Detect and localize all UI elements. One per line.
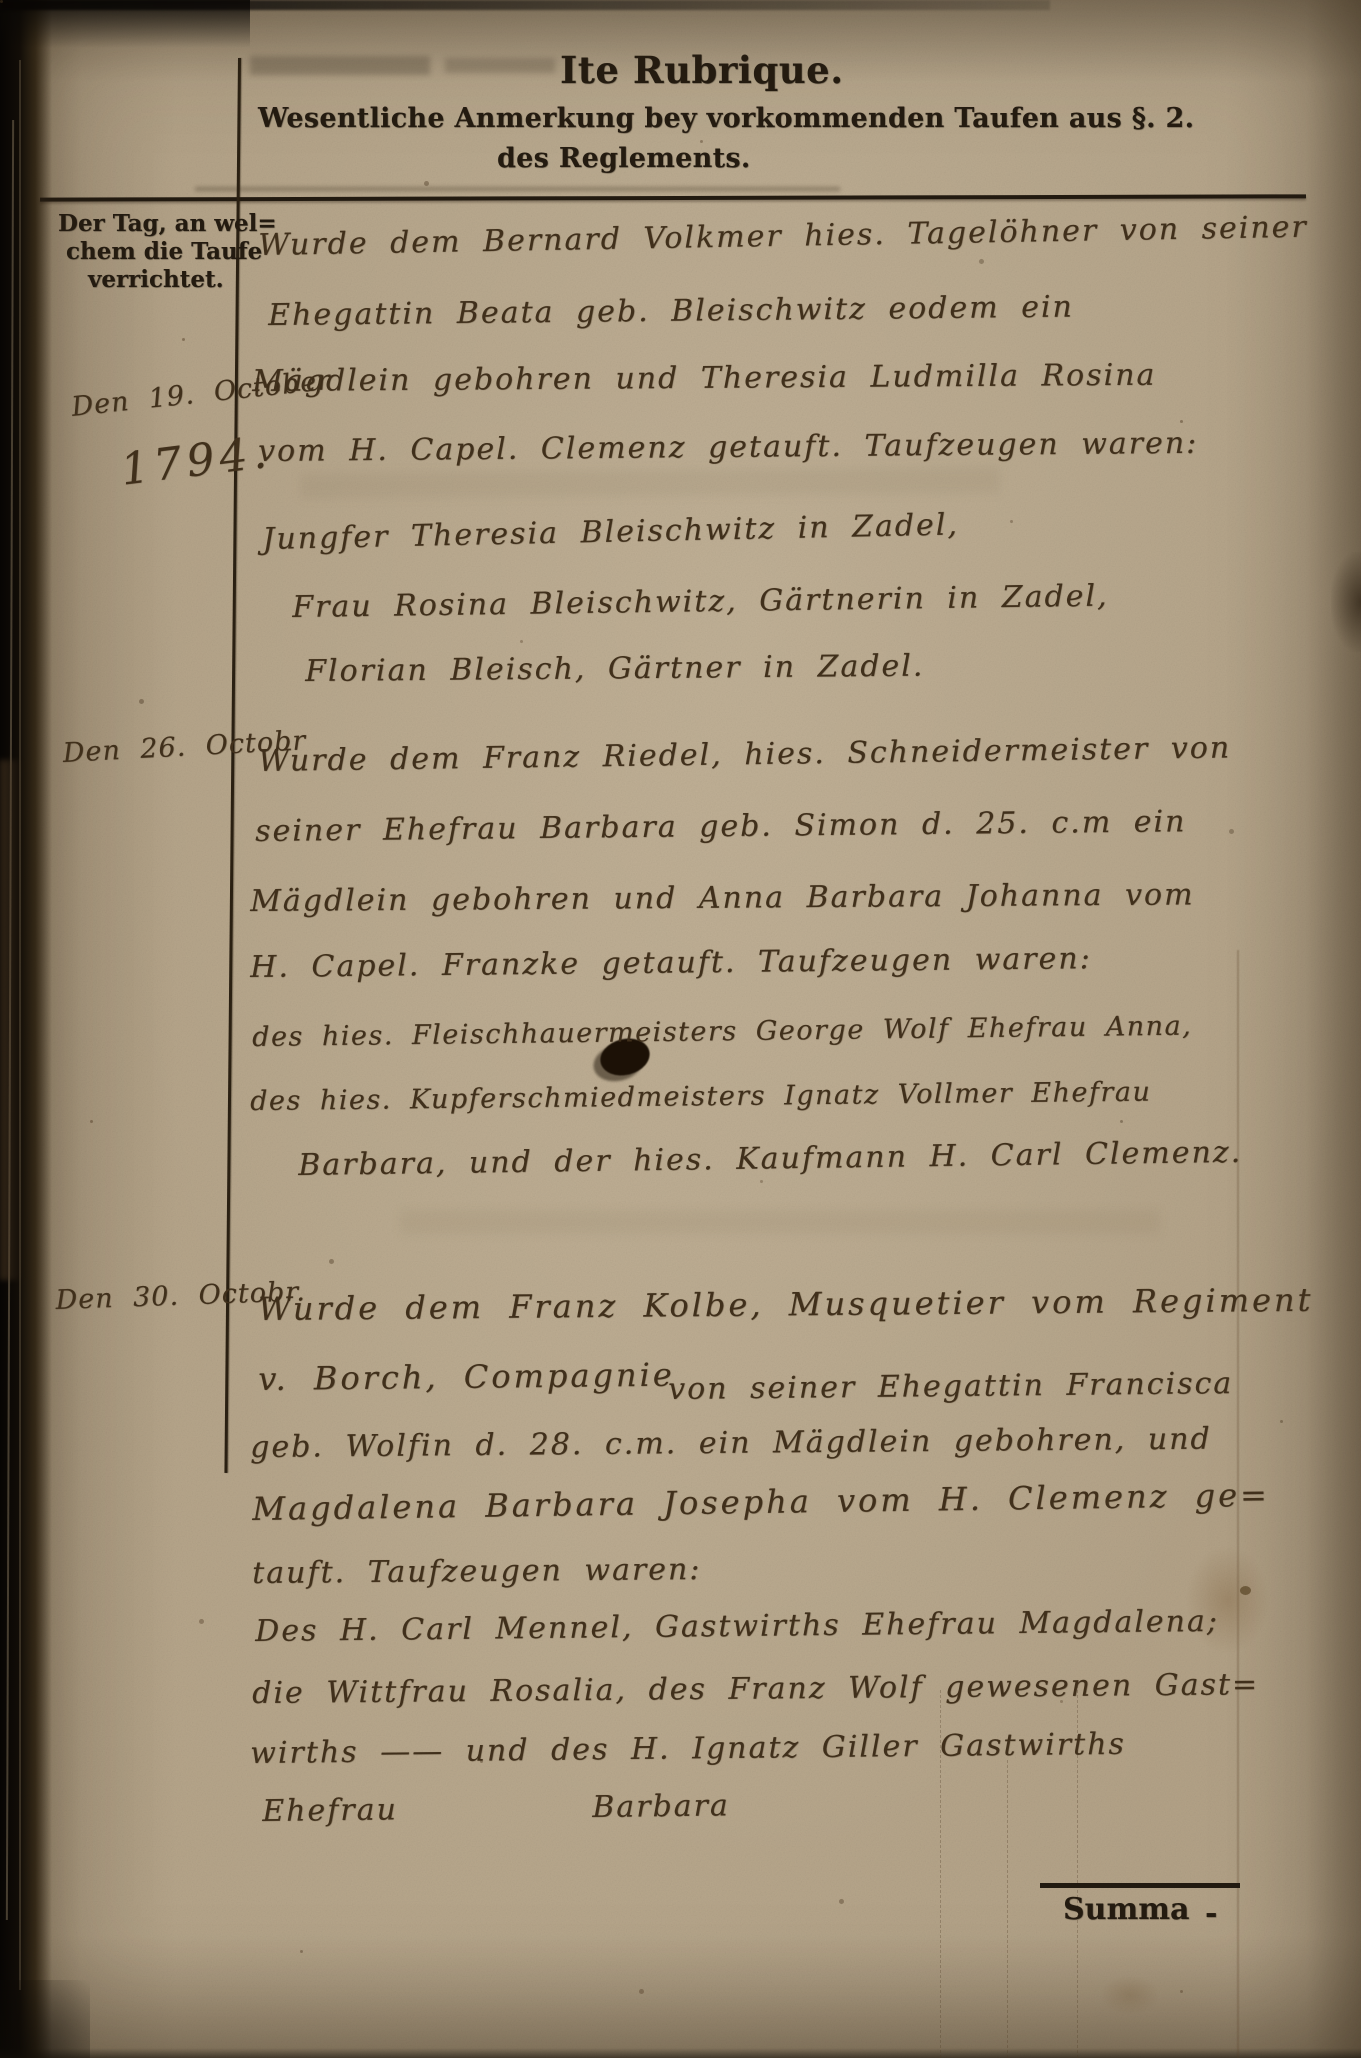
page-title: Ite Rubrique. bbox=[560, 48, 844, 92]
register-page: Ite Rubrique. Wesentliche Anmerkung bey … bbox=[0, 0, 1361, 2058]
ink-bleed-through bbox=[300, 467, 1000, 499]
entry-2-line: seiner Ehefrau Barbara geb. Simon d. 25.… bbox=[255, 804, 1187, 849]
entry-1-line: vom H. Capel. Clemenz getauft. Taufzeuge… bbox=[258, 426, 1198, 469]
dark-bottom-left-corner bbox=[0, 1980, 90, 2058]
page-stack-brown-edge bbox=[0, 760, 22, 1280]
entry-3-line: Ehefrau bbox=[262, 1792, 398, 1829]
header-rule bbox=[40, 194, 1306, 201]
entry-1-line: Wurde dem Bernard Volkmer hies. Tagelöhn… bbox=[258, 210, 1308, 263]
entry-3-line: tauft. Taufzeugen waren: bbox=[252, 1552, 702, 1591]
entry-3-line: von seiner Ehegattin Francisca bbox=[668, 1366, 1233, 1407]
paper-stain bbox=[1240, 1586, 1251, 1595]
entry-2-line: des hies. Fleischhauermeisters George Wo… bbox=[252, 1011, 1192, 1053]
entry-2-line: Mägdlein gebohren und Anna Barbara Johan… bbox=[250, 877, 1195, 919]
entry-3-line: die Wittfrau Rosalia, des Franz Wolf gew… bbox=[252, 1667, 1259, 1711]
entry-3-line: wirths —— und des H. Ignatz Giller Gastw… bbox=[250, 1727, 1126, 1771]
entry-2-line: Barbara, und der hies. Kaufmann H. Carl … bbox=[298, 1135, 1242, 1183]
paper-specks bbox=[0, 0, 3, 3]
entry-1-line: Florian Bleisch, Gärtner in Zadel. bbox=[305, 649, 924, 689]
summa-dash: - bbox=[1205, 1896, 1217, 1931]
summa-label: Summa bbox=[1063, 1892, 1189, 1927]
entry-3-line: geb. Wolfin d. 28. c.m. ein Mägdlein geb… bbox=[250, 1422, 1212, 1465]
date-column-header-line1: Der Tag, an wel= bbox=[58, 210, 277, 237]
date-column-header-line3: verrichtet. bbox=[88, 266, 224, 293]
paper-stain bbox=[1100, 1975, 1160, 2015]
header-note-line1: Wesentliche Anmerkung bey vorkommenden T… bbox=[258, 103, 1194, 134]
right-edge-notch bbox=[1331, 552, 1361, 652]
entry-1-line: Frau Rosina Bleischwitz, Gärtnerin in Za… bbox=[292, 579, 1109, 625]
entry-2-line: H. Capel. Franzke getauft. Taufzeugen wa… bbox=[250, 941, 1092, 985]
entry-3-line: Wurde dem Franz Kolbe, Musquetier vom Re… bbox=[258, 1281, 1314, 1328]
dark-bottom-edge bbox=[0, 2048, 1361, 2058]
entry-3-line: Magdalena Barbara Josepha vom H. Clemenz… bbox=[252, 1476, 1270, 1528]
print-offset-smudge bbox=[250, 56, 430, 75]
header-rule-echo bbox=[195, 187, 840, 191]
date-column-header-line2: chem die Taufe bbox=[66, 238, 262, 265]
column-divider-line bbox=[224, 58, 241, 1473]
paper-crease bbox=[1007, 1760, 1008, 2058]
entry-1-line: Ehegattin Beata geb. Bleischwitz eodem e… bbox=[268, 290, 1074, 333]
summa-rule bbox=[1040, 1883, 1240, 1888]
header-note-line2: des Reglements. bbox=[497, 143, 751, 174]
entry-1-line: Jungfer Theresia Bleischwitz in Zadel, bbox=[262, 507, 959, 557]
entry-2-line: Wurde dem Franz Riedel, hies. Schneiderm… bbox=[258, 730, 1231, 779]
entry-2-line: des hies. Kupferschmiedmeisters Ignatz V… bbox=[250, 1077, 1151, 1117]
entry-3-line: v. Borch, Compagnie bbox=[258, 1356, 675, 1398]
dark-top-edge bbox=[0, 0, 1050, 10]
print-offset-smudge bbox=[445, 58, 555, 73]
ink-bleed-through bbox=[400, 1210, 1160, 1234]
entry-3-line: Barbara bbox=[592, 1788, 730, 1825]
entry-1-line: Mägdlein gebohren und Theresia Ludmilla … bbox=[252, 358, 1156, 399]
entry-3-line: Des H. Carl Mennel, Gastwirths Ehefrau M… bbox=[255, 1604, 1219, 1649]
entry-1-year: 1794. bbox=[118, 427, 274, 496]
